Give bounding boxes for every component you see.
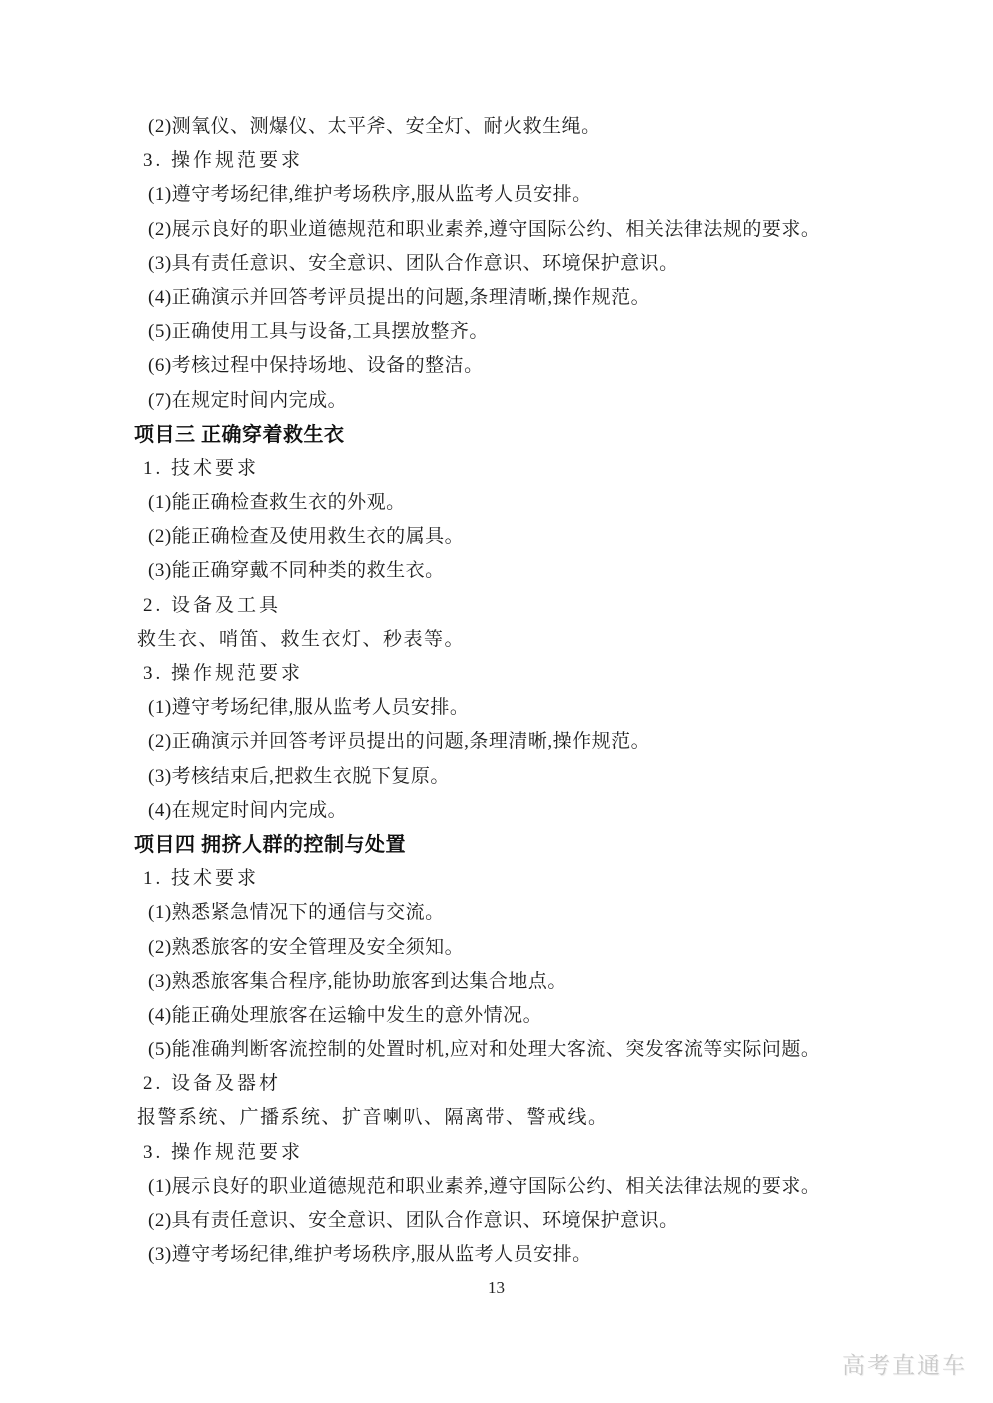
text-line: (7)在规定时间内完成。 bbox=[148, 384, 938, 418]
text-line: (1)遵守考场纪律,服从监考人员安排。 bbox=[148, 691, 938, 725]
text-line: (5)正确使用工具与设备,工具摆放整齐。 bbox=[148, 315, 938, 349]
section-label: 2. 设备及工具 bbox=[143, 589, 938, 623]
section-label: 1. 技术要求 bbox=[143, 452, 938, 486]
project-heading: 项目四 拥挤人群的控制与处置 bbox=[134, 828, 938, 862]
section-label: 3. 操作规范要求 bbox=[143, 657, 938, 691]
section-label: 2. 设备及器材 bbox=[143, 1067, 938, 1101]
section-label: 3. 操作规范要求 bbox=[143, 144, 938, 178]
text-line: (4)正确演示并回答考评员提出的问题,条理清晰,操作规范。 bbox=[148, 281, 938, 315]
text-line: (4)能正确处理旅客在运输中发生的意外情况。 bbox=[148, 999, 938, 1033]
text-line: (3)能正确穿戴不同种类的救生衣。 bbox=[148, 554, 938, 588]
equipment-paragraph: 救生衣、哨笛、救生衣灯、秒表等。 bbox=[137, 623, 938, 657]
text-line: (2)熟悉旅客的安全管理及安全须知。 bbox=[148, 931, 938, 965]
page-number: 13 bbox=[0, 1278, 993, 1298]
section-label: 1. 技术要求 bbox=[143, 862, 938, 896]
text-line: (3)具有责任意识、安全意识、团队合作意识、环境保护意识。 bbox=[148, 247, 938, 281]
text-line: (6)考核过程中保持场地、设备的整洁。 bbox=[148, 349, 938, 383]
text-line: (1)能正确检查救生衣的外观。 bbox=[148, 486, 938, 520]
project-heading: 项目三 正确穿着救生衣 bbox=[134, 418, 938, 452]
text-line: (2)展示良好的职业道德规范和职业素养,遵守国际公约、相关法律法规的要求。 bbox=[148, 213, 938, 247]
document-page: (2)测氧仪、测爆仪、太平斧、安全灯、耐火救生绳。 3. 操作规范要求 (1)遵… bbox=[0, 0, 993, 1403]
text-line: (3)考核结束后,把救生衣脱下复原。 bbox=[148, 760, 938, 794]
text-line: (2)能正确检查及使用救生衣的属具。 bbox=[148, 520, 938, 554]
text-line: (4)在规定时间内完成。 bbox=[148, 794, 938, 828]
equipment-paragraph: 报警系统、广播系统、扩音喇叭、隔离带、警戒线。 bbox=[137, 1101, 938, 1135]
section-label: 3. 操作规范要求 bbox=[143, 1136, 938, 1170]
text-line: (2)正确演示并回答考评员提出的问题,条理清晰,操作规范。 bbox=[148, 725, 938, 759]
content-lines: (2)测氧仪、测爆仪、太平斧、安全灯、耐火救生绳。 3. 操作规范要求 (1)遵… bbox=[137, 110, 938, 1272]
text-line: (1)遵守考场纪律,维护考场秩序,服从监考人员安排。 bbox=[148, 178, 938, 212]
text-line: (2)测氧仪、测爆仪、太平斧、安全灯、耐火救生绳。 bbox=[148, 110, 938, 144]
text-line: (5)能准确判断客流控制的处置时机,应对和处理大客流、突发客流等实际问题。 bbox=[148, 1033, 938, 1067]
text-line: (2)具有责任意识、安全意识、团队合作意识、环境保护意识。 bbox=[148, 1204, 938, 1238]
text-line: (1)展示良好的职业道德规范和职业素养,遵守国际公约、相关法律法规的要求。 bbox=[148, 1170, 938, 1204]
text-line: (1)熟悉紧急情况下的通信与交流。 bbox=[148, 896, 938, 930]
text-line: (3)遵守考场纪律,维护考场秩序,服从监考人员安排。 bbox=[148, 1238, 938, 1272]
text-line: (3)熟悉旅客集合程序,能协助旅客到达集合地点。 bbox=[148, 965, 938, 999]
watermark: 高考直通车 bbox=[842, 1347, 967, 1380]
